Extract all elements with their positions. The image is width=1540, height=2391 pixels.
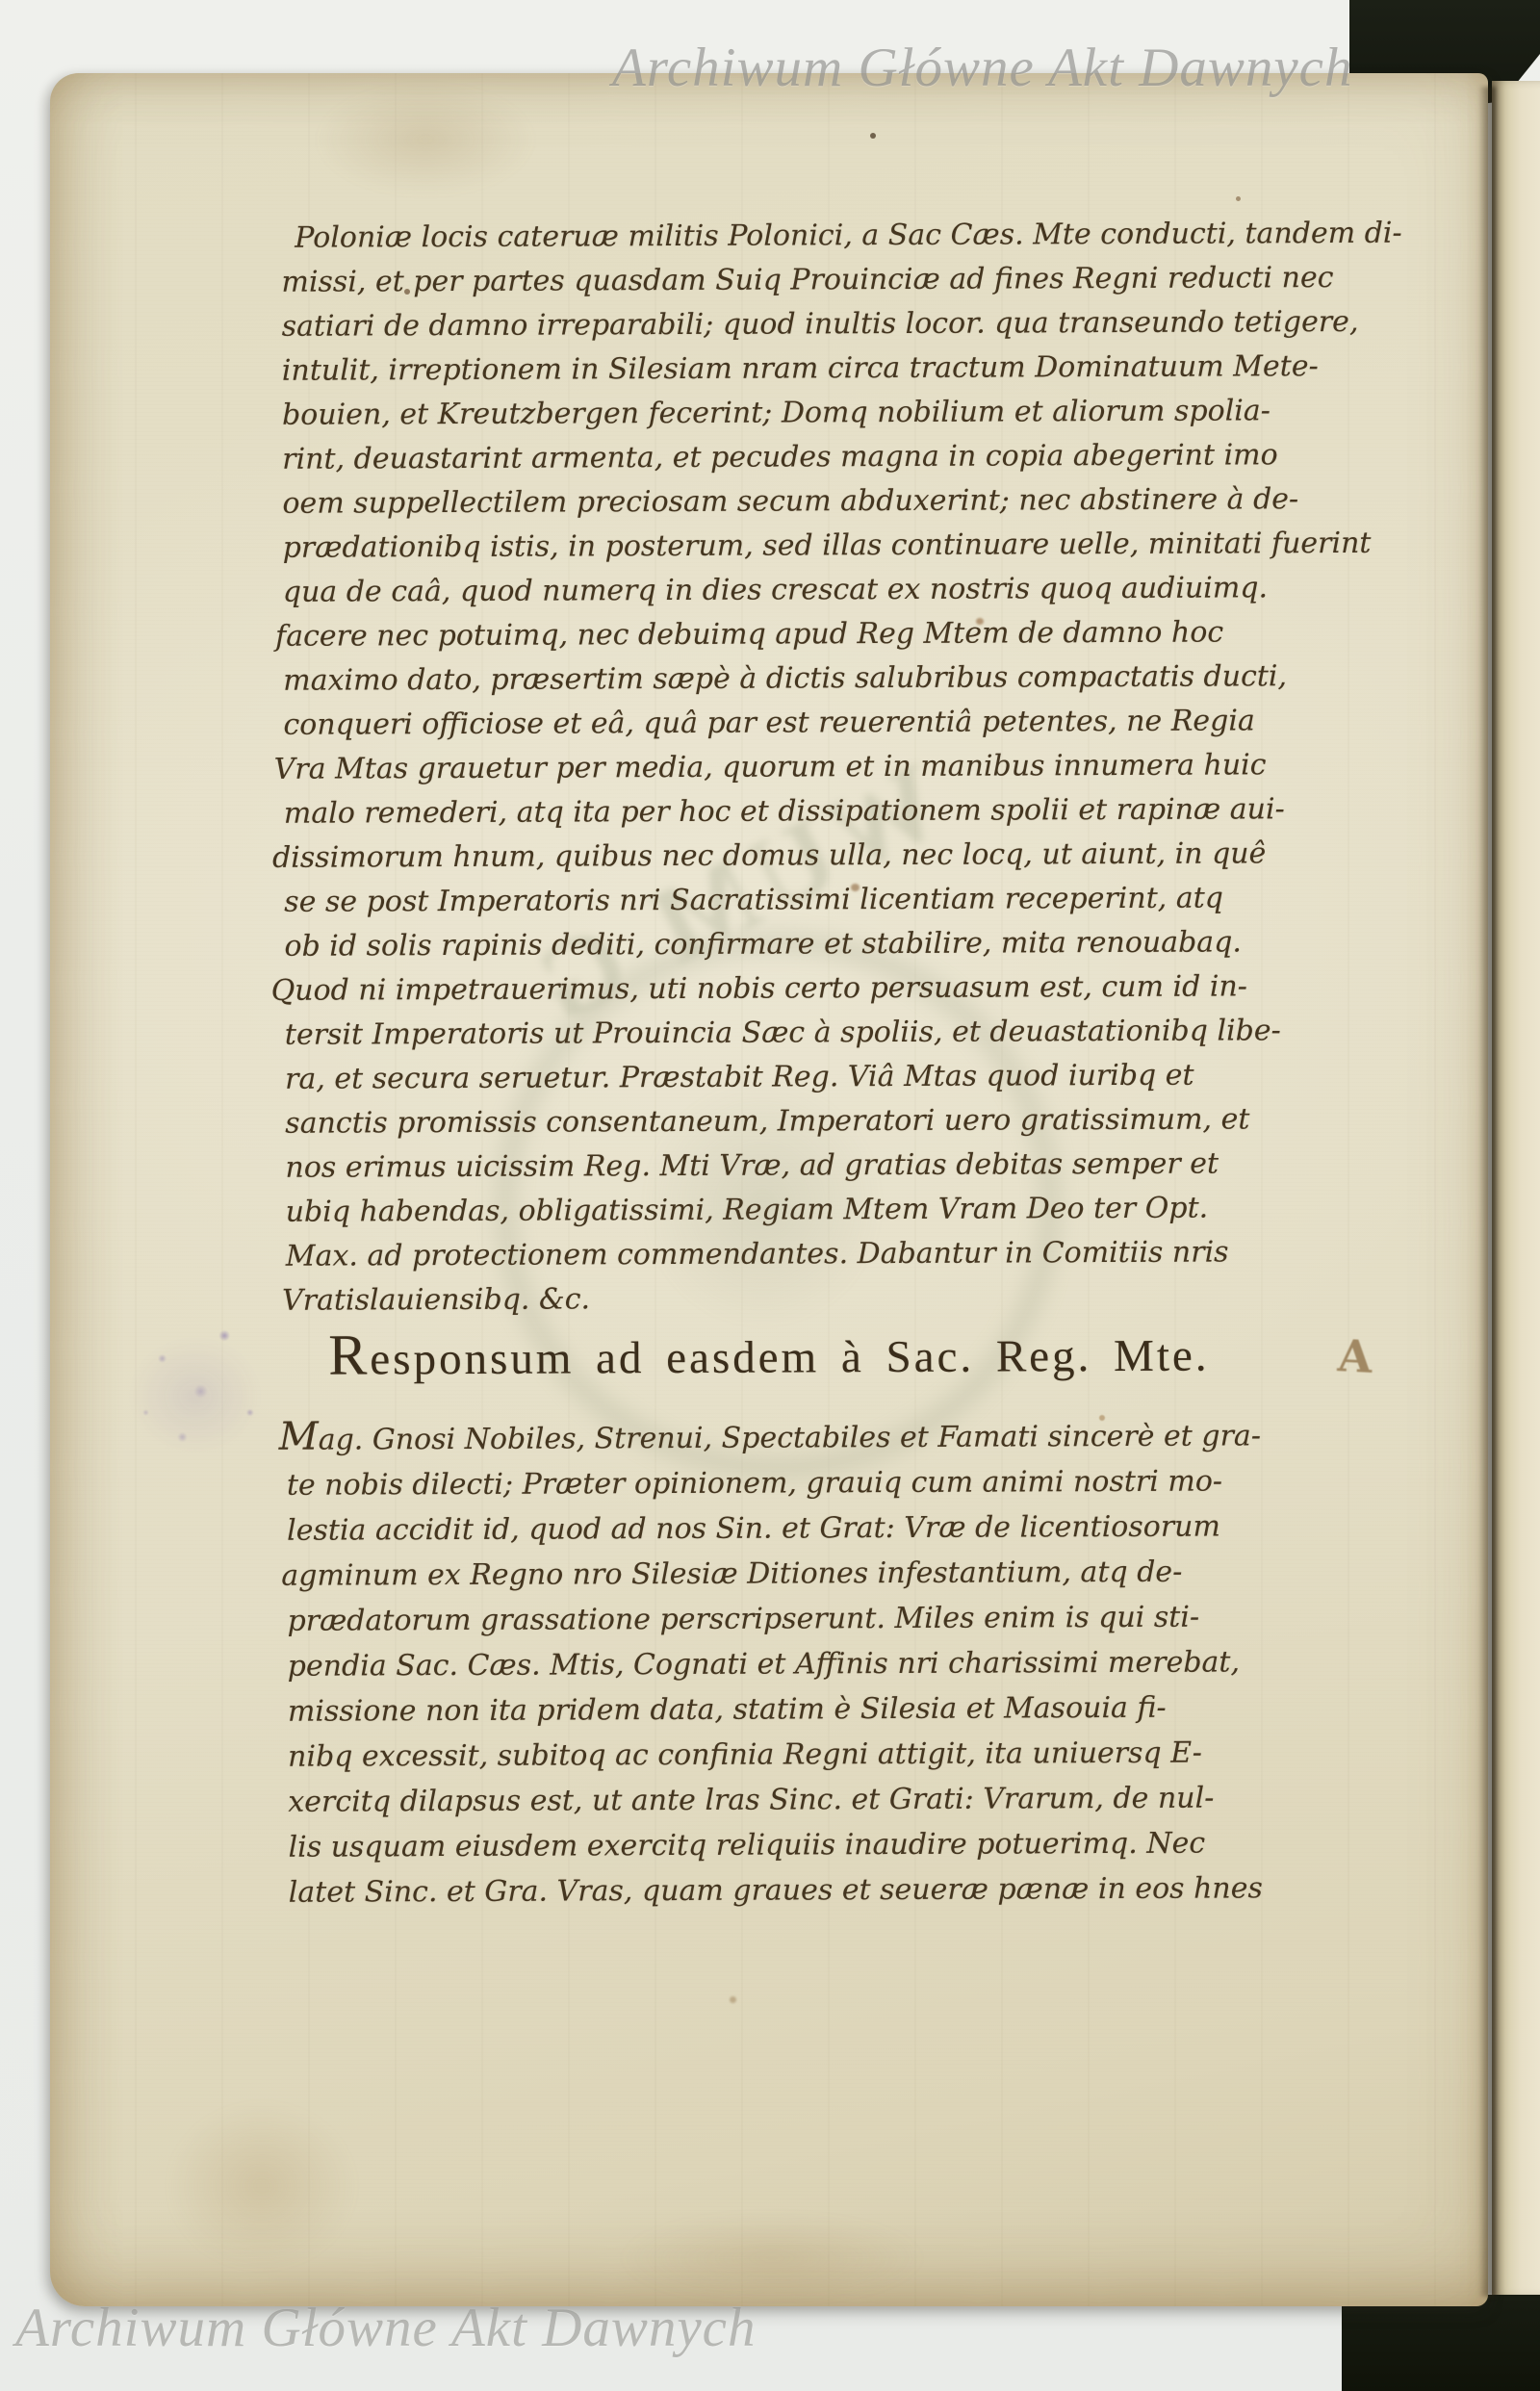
text-line: pendia Sac. Cæs. Mtis, Cognati et Affini… [288,1638,1510,1689]
foxing-spot [870,133,876,139]
text-line: lis usquam eiusdem exercitq reliquiis in… [288,1819,1510,1870]
text-line: oem suppellectilem preciosam secum abdux… [282,476,1504,527]
text-line: Max. ad protectionem commendantes. Daban… [286,1229,1508,1279]
book-gutter-shadow [1478,87,1496,2297]
paragraph-petition-continuation: Poloniæ locis cateruæ militis Polonici, … [281,211,1508,1324]
text-line: Quod ni impetrauerimus, uti nobis certo … [271,964,1507,1014]
text-line: lestia accidit id, quod ad nos Sin. et G… [287,1503,1509,1554]
section-heading: Responsum ad easdem à Sac. Reg. Mte. [328,1320,1508,1389]
text-line: Vra Mtas grauetur per media, quorum et i… [274,742,1506,792]
text-line: nibq excessit, subitoq ac confinia Regni… [288,1729,1510,1780]
foxing-spot [730,1996,736,2003]
text-line: ob id solis rapinis dediti, confirmare e… [284,919,1506,969]
text-line: missi, et per partes quasdam Suiq Prouin… [281,255,1503,305]
text-line: prædatorum grassatione perscripserunt. M… [287,1593,1509,1644]
text-line: Mag. Gnosi Nobiles, Strenui, Spectabiles… [279,1409,1509,1463]
text-line: conqueri officiose et eâ, quâ par est re… [283,698,1505,748]
text-line: malo remederi, atq ita per hoc et dissip… [284,786,1506,836]
text-line: prædationibq istis, in posterum, sed ill… [283,521,1505,571]
text-line: Vratislauiensibq. &c. [282,1273,1508,1324]
bookmark-ribbon-bottom [1342,2295,1540,2391]
text-line: Poloniæ locis cateruæ militis Polonici, … [295,211,1503,260]
text-line: te nobis dilecti; Præter opinionem, grau… [287,1457,1509,1508]
text-line: rint, deuastarint armenta, et pecudes ma… [282,432,1504,482]
text-line: missione non ita pridem data, statim è S… [288,1684,1510,1735]
archive-ink-stamp-faded [100,1323,283,1486]
text-line: se se post Imperatoris nri Sacratissimi … [284,875,1506,925]
margin-mark-a: A [1337,1329,1373,1383]
handwritten-text-block: Poloniæ locis cateruæ militis Polonici, … [281,211,1511,1915]
text-line: xercitq dilapsus est, ut ante lras Sinc.… [288,1774,1510,1825]
text-line: bouien, et Kreutzbergen fecerint; Domq n… [282,388,1504,438]
text-line: qua de caâ, quod numerq in dies crescat … [283,565,1505,615]
manuscript-page: WUM G Poloniæ locis cateruæ militis Polo… [50,73,1488,2306]
text-line: nos erimus uicissim Reg. Mti Vræ, ad gra… [285,1141,1507,1191]
age-stain [137,2075,387,2297]
scan-viewport: WUM G Poloniæ locis cateruæ militis Polo… [0,0,1540,2391]
text-line: sanctis promissis consentaneum, Imperato… [285,1096,1507,1146]
text-line: intulit, irreptionem in Silesiam nram ci… [282,344,1504,394]
text-line: latet Sinc. et Gra. Vras, quam graues et… [289,1864,1511,1915]
paragraph-royal-response: Mag. Gnosi Nobiles, Strenui, Spectabiles… [287,1409,1511,1915]
age-stain [281,67,570,212]
text-line: ubiq habendas, obligatissimi, Regiam Mte… [286,1185,1508,1235]
text-line: satiari de damno irreparabili; quod inul… [282,299,1504,349]
text-line: facere nec potuimq, nec debuimq apud Reg… [275,609,1505,659]
text-line: ra, et secura seruetur. Præstabit Reg. V… [285,1052,1507,1102]
text-line: dissimorum hnum, quibus nec domus ulla, … [272,831,1506,881]
text-line: agminum ex Regno nro Silesiæ Ditiones in… [281,1548,1509,1599]
text-line: tersit Imperatoris ut Prouincia Sæc à sp… [285,1008,1507,1058]
text-line: maximo dato, præsertim sæpè à dictis sal… [283,654,1505,704]
age-stain [570,2200,974,2316]
foxing-spot [1236,196,1241,201]
